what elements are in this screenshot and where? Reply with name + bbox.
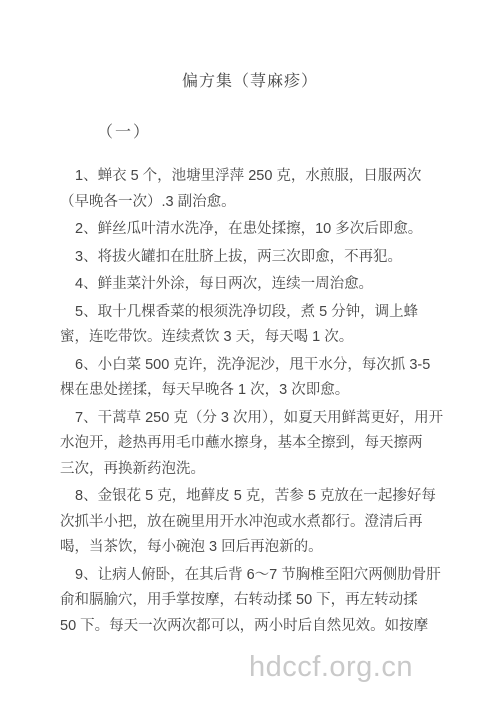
remedy-item-3: 3、将拔火罐扣在肚脐上拔，两三次即愈，不再犯。 <box>60 245 452 271</box>
remedy-item-1: 1、蝉衣 5 个，池塘里浮萍 250 克，水煎服，日服两次 （早晚各一次）.3 … <box>60 164 452 215</box>
section-heading: （一） <box>97 119 151 142</box>
remedy-item-7: 7、干蒿草 250 克（分 3 次用），如夏天用鲜蒿更好，用开 水泡开，趁热再用… <box>60 406 452 483</box>
document-title: 偏方集（荨麻疹） <box>0 68 500 91</box>
remedy-item-9: 9、让病人俯卧，在其后背 6～7 节胸椎至阳穴两侧肋骨肝 俞和膈腧穴，用手掌按摩… <box>60 563 452 640</box>
remedy-item-2: 2、鲜丝瓜叶清水洗净，在患处揉擦，10 多次后即愈。 <box>60 217 452 243</box>
document-page: 偏方集（荨麻疹） （一） 1、蝉衣 5 个，池塘里浮萍 250 克，水煎服，日服… <box>0 0 500 707</box>
remedy-item-6: 6、小白菜 500 克许，洗净泥沙，甩干水分，每次抓 3-5 棵在患处搓揉，每天… <box>60 353 452 404</box>
site-watermark: hdccf.org.cn <box>249 651 413 684</box>
remedy-item-5: 5、取十几棵香菜的根须洗净切段，煮 5 分钟，调上蜂 蜜，连吃带饮。连续煮饮 3… <box>60 300 452 351</box>
remedy-item-4: 4、鲜韭菜汁外涂，每日两次，连续一周治愈。 <box>60 272 452 298</box>
remedy-item-8: 8、金银花 5 克，地藓皮 5 克，苦参 5 克放在一起掺好每 次抓半小把，放在… <box>60 484 452 561</box>
remedy-list: 1、蝉衣 5 个，池塘里浮萍 250 克，水煎服，日服两次 （早晚各一次）.3 … <box>60 164 452 641</box>
